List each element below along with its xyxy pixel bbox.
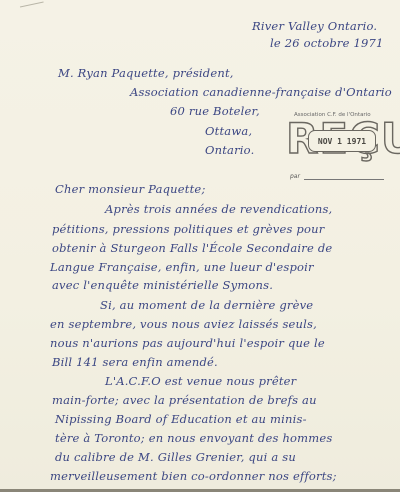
body-line: Nipissing Board of Education et au minis… [55, 414, 307, 426]
body-line: en septembre, vous nous aviez laissés se… [50, 319, 317, 331]
body-line: tère à Toronto; en nous envoyant des hom… [55, 433, 333, 445]
body-line: merveilleusement bien co-ordonner nos ef… [50, 471, 337, 483]
recipient-city: Ottawa, [205, 126, 252, 138]
stamp-signature-line [304, 179, 384, 180]
salutation: Cher monsieur Paquette; [55, 184, 206, 196]
body-line: Si, au moment de la dernière grève [100, 300, 313, 312]
recipient-province: Ontario. [205, 145, 254, 157]
letter-date: le 26 octobre 1971 [270, 38, 384, 50]
recipient-street: 60 rue Boteler, [170, 106, 260, 118]
recipient-organization: Association canadienne-française d'Ontar… [130, 87, 392, 99]
body-line: avec l'enquête ministérielle Symons. [52, 280, 273, 292]
recipient-name: M. Ryan Paquette, président, [58, 68, 234, 80]
body-line: L'A.C.F.O est venue nous prêter [105, 376, 296, 388]
body-line: nous n'aurions pas aujourd'hui l'espoir … [50, 338, 325, 350]
stamp-date: NOV 1 1971 [308, 130, 376, 152]
paper-crease-mark [20, 2, 44, 10]
letter-place: River Valley Ontario. [252, 21, 377, 33]
received-stamp: Association C.F. de l'Ontario REÇU NOV 1… [286, 112, 398, 168]
body-line: pétitions, pressions politiques et grève… [52, 224, 324, 236]
body-line: obtenir à Sturgeon Falls l'École Seconda… [52, 243, 332, 255]
stamp-par-label: par [290, 173, 300, 180]
body-line: main-forte; avec la présentation de bref… [52, 395, 317, 407]
body-line: Après trois années de revendications, [105, 204, 332, 216]
body-line: du calibre de M. Gilles Grenier, qui a s… [55, 452, 296, 464]
body-line: Langue Française, enfin, une lueur d'esp… [50, 262, 314, 274]
body-line: Bill 141 sera enfin amendé. [52, 357, 218, 369]
scanned-letter-page: River Valley Ontario. le 26 octobre 1971… [0, 0, 400, 492]
